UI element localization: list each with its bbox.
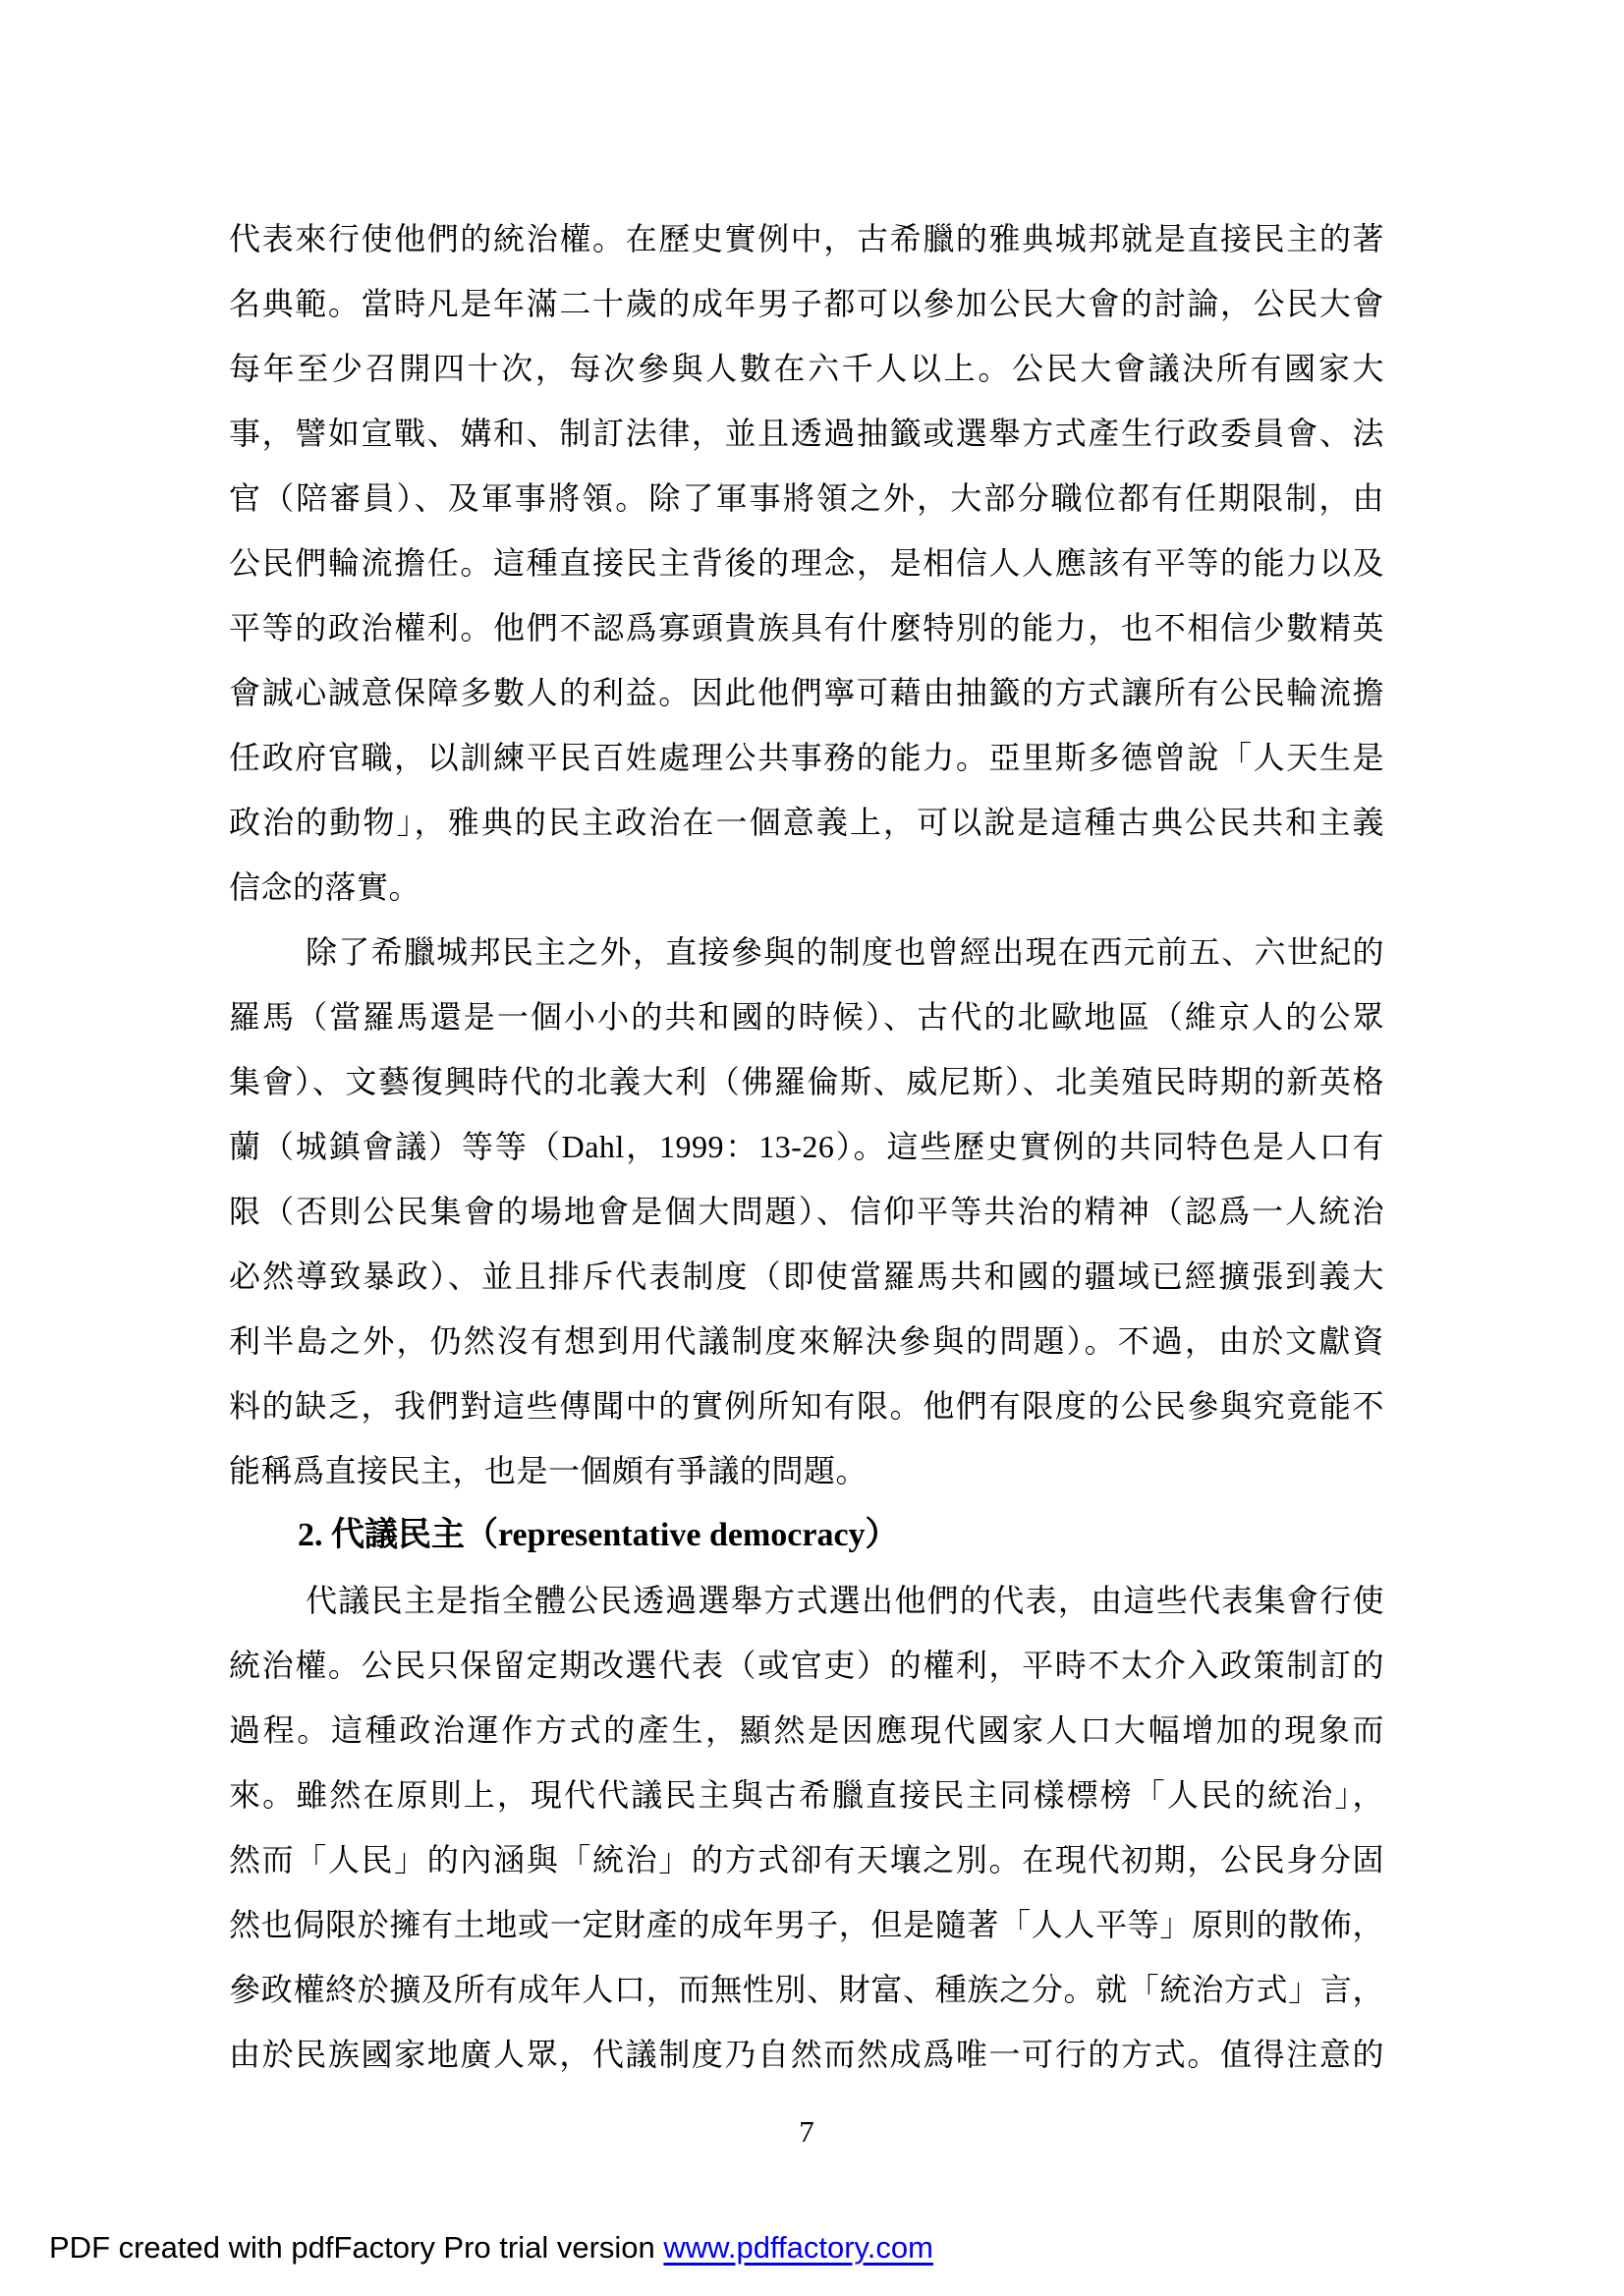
body-text-line: 羅馬（當羅馬還是一個小小的共和國的時候）、古代的北歐地區（維京人的公眾 xyxy=(229,984,1384,1049)
body-text-line: 名典範。當時凡是年滿二十歲的成年男子都可以參加公民大會的討論，公民大會 xyxy=(229,271,1384,336)
body-text-line: 蘭（城鎮會議）等等（Dahl，1999：13-26）。這些歷史實例的共同特色是人… xyxy=(229,1114,1384,1179)
pdffactory-link[interactable]: www.pdffactory.com xyxy=(663,2230,933,2265)
body-text-line: 官（陪審員）、及軍事將領。除了軍事將領之外，大部分職位都有任期限制，由 xyxy=(229,466,1384,531)
body-text-line: 參政權終於擴及所有成年人口，而無性別、財富、種族之分。就「統治方式」言， xyxy=(229,1957,1384,2022)
body-text-line: 每年至少召開四十次，每次參與人數在六千人以上。公民大會議決所有國家大 xyxy=(229,336,1384,401)
body-text-line: 除了希臘城邦民主之外，直接參與的制度也曾經出現在西元前五、六世紀的 xyxy=(229,920,1384,984)
body-text-line: 過程。這種政治運作方式的產生，顯然是因應現代國家人口大幅增加的現象而 xyxy=(229,1698,1384,1763)
body-text-line: 事，譬如宣戰、媾和、制訂法律，並且透過抽籤或選舉方式產生行政委員會、法 xyxy=(229,401,1384,466)
body-text-line: 能稱爲直接民主，也是一個頗有爭議的問題。 xyxy=(229,1438,1384,1503)
footer-text: PDF created with pdfFactory Pro trial ve… xyxy=(49,2230,663,2265)
body-text-line: 公民們輪流擔任。這種直接民主背後的理念，是相信人人應該有平等的能力以及 xyxy=(229,531,1384,595)
pdf-page: 代表來行使他們的統治權。在歷史實例中，古希臘的雅典城邦就是直接民主的著 名典範。… xyxy=(0,0,1624,2296)
body-text-line: 代議民主是指全體公民透過選舉方式選出他們的代表，由這些代表集會行使 xyxy=(229,1568,1384,1633)
footer-banner: PDF created with pdfFactory Pro trial ve… xyxy=(49,2228,933,2268)
body-text-line: 必然導致暴政）、並且排斥代表制度（即使當羅馬共和國的疆域已經擴張到義大 xyxy=(229,1244,1384,1309)
body-text-line: 平等的政治權利。他們不認爲寡頭貴族具有什麼特別的能力，也不相信少數精英 xyxy=(229,595,1384,660)
document-body: 代表來行使他們的統治權。在歷史實例中，古希臘的雅典城邦就是直接民主的著 名典範。… xyxy=(229,206,1384,2087)
body-text-line: 限（否則公民集會的場地會是個大問題）、信仰平等共治的精神（認爲一人統治 xyxy=(229,1179,1384,1244)
body-text-line: 利半島之外，仍然沒有想到用代議制度來解決參與的問題）。不過，由於文獻資 xyxy=(229,1309,1384,1373)
body-text-line: 來。雖然在原則上，現代代議民主與古希臘直接民主同樣標榜「人民的統治」， xyxy=(229,1763,1384,1827)
body-text-line: 代表來行使他們的統治權。在歷史實例中，古希臘的雅典城邦就是直接民主的著 xyxy=(229,206,1384,271)
page-number: 7 xyxy=(229,2112,1384,2152)
body-text-line: 集會）、文藝復興時代的北義大利（佛羅倫斯、威尼斯）、北美殖民時期的新英格 xyxy=(229,1049,1384,1114)
body-text-line: 任政府官職，以訓練平民百姓處理公共事務的能力。亞里斯多德曾說「人天生是 xyxy=(229,725,1384,790)
body-text-line: 由於民族國家地廣人眾，代議制度乃自然而然成爲唯一可行的方式。值得注意的 xyxy=(229,2022,1384,2087)
body-text-line: 然而「人民」的內涵與「統治」的方式卻有天壤之別。在現代初期，公民身分固 xyxy=(229,1827,1384,1892)
body-text-line: 會誠心誠意保障多數人的利益。因此他們寧可藉由抽籤的方式讓所有公民輪流擔 xyxy=(229,660,1384,725)
body-text-line: 然也侷限於擁有土地或一定財產的成年男子，但是隨著「人人平等」原則的散佈， xyxy=(229,1892,1384,1957)
section-heading: 2. 代議民主（representative democracy） xyxy=(229,1503,1384,1568)
body-text-line: 統治權。公民只保留定期改選代表（或官吏）的權利，平時不太介入政策制訂的 xyxy=(229,1633,1384,1698)
body-text-line: 料的缺乏，我們對這些傳聞中的實例所知有限。他們有限度的公民參與究竟能不 xyxy=(229,1373,1384,1438)
body-text-line: 政治的動物」，雅典的民主政治在一個意義上，可以說是這種古典公民共和主義 xyxy=(229,790,1384,855)
body-text-line: 信念的落實。 xyxy=(229,855,1384,920)
